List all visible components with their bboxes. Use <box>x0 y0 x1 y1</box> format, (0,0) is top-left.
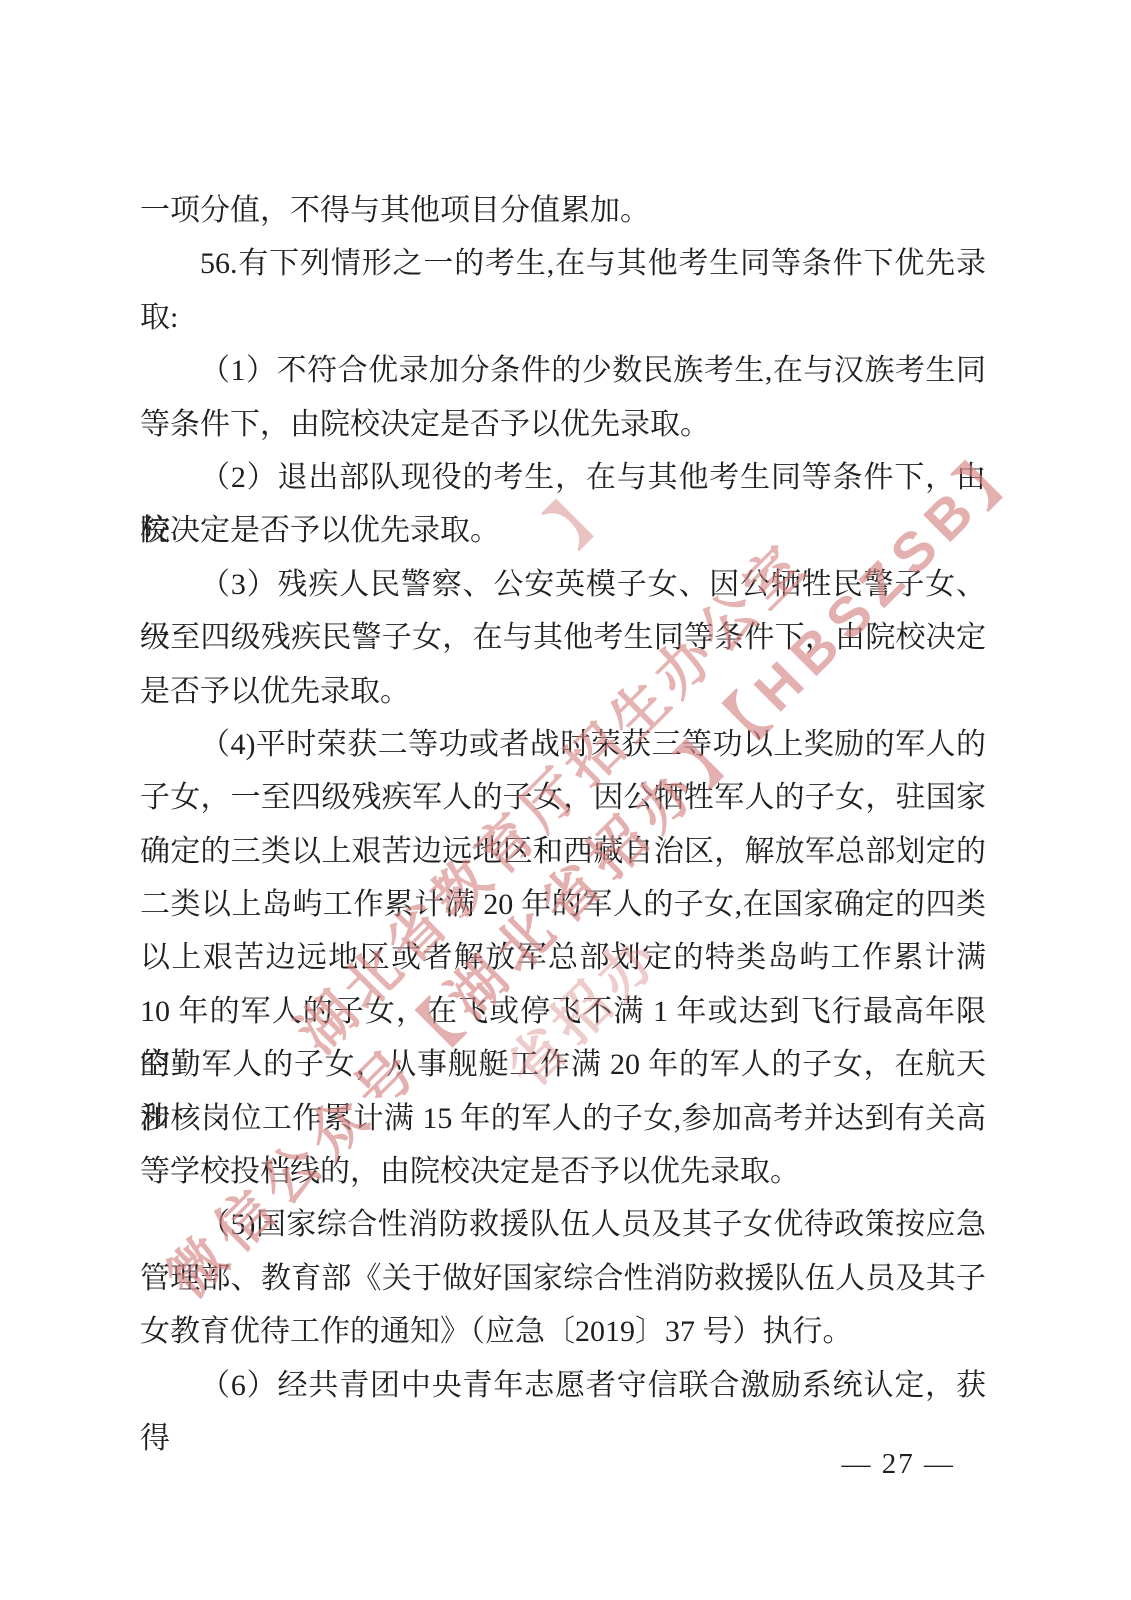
text-line: 级至四级残疾民警子女，在与其他考生同等条件下，由院校决定 <box>140 611 986 664</box>
text-line: 女教育优待工作的通知》（应急〔2019〕37 号）执行。 <box>140 1305 986 1358</box>
text-line: 取: <box>140 291 986 344</box>
text-line: （1）不符合优录加分条件的少数民族考生,在与汉族考生同 <box>140 344 986 397</box>
text-line: 等学校投档线的，由院校决定是否予以优先录取。 <box>140 1145 986 1198</box>
text-line: 一项分值，不得与其他项目分值累加。 <box>140 184 986 237</box>
text-line: 10 年的军人的子女，在飞或停飞不满 1 年或达到飞行最高年限的 <box>140 985 986 1038</box>
text-line: 以上艰苦边远地区或者解放军总部划定的特类岛屿工作累计满 <box>140 931 986 984</box>
text-line: （3）残疾人民警察、公安英模子女、因公牺牲民警子女、一 <box>140 558 986 611</box>
text-line: 涉核岗位工作累计满 15 年的军人的子女,参加高考并达到有关高 <box>140 1092 986 1145</box>
text-line: 校决定是否予以优先录取。 <box>140 504 986 557</box>
text-line: 等条件下，由院校决定是否予以优先录取。 <box>140 398 986 451</box>
text-line: （6）经共青团中央青年志愿者守信联合激励系统认定，获得 <box>140 1359 986 1412</box>
text-line: 管理部、教育部《关于做好国家综合性消防救援队伍人员及其子 <box>140 1252 986 1305</box>
text-line: 子女，一至四级残疾军人的子女，因公牺牲军人的子女，驻国家 <box>140 771 986 824</box>
text-line: 空勤军人的子女，从事舰艇工作满 20 年的军人的子女，在航天和 <box>140 1038 986 1091</box>
text-line: 是否予以优先录取。 <box>140 665 986 718</box>
page-number: — 27 — <box>842 1448 956 1481</box>
text-line: （5)国家综合性消防救援队伍人员及其子女优待政策按应急 <box>140 1198 986 1251</box>
text-line: 确定的三类以上艰苦边远地区和西藏自治区，解放军总部划定的 <box>140 825 986 878</box>
text-line: （2）退出部队现役的考生，在与其他考生同等条件下，由院 <box>140 451 986 504</box>
document-page: 一项分值，不得与其他项目分值累加。56.有下列情形之一的考生,在与其他考生同等条… <box>0 0 1131 1600</box>
text-line: （4)平时荣获二等功或者战时荣获三等功以上奖励的军人的 <box>140 718 986 771</box>
text-line: 二类以上岛屿工作累计满 20 年的军人的子女,在国家确定的四类 <box>140 878 986 931</box>
text-line: 56.有下列情形之一的考生,在与其他考生同等条件下优先录 <box>140 237 986 290</box>
document-body: 一项分值，不得与其他项目分值累加。56.有下列情形之一的考生,在与其他考生同等条… <box>140 184 986 1412</box>
